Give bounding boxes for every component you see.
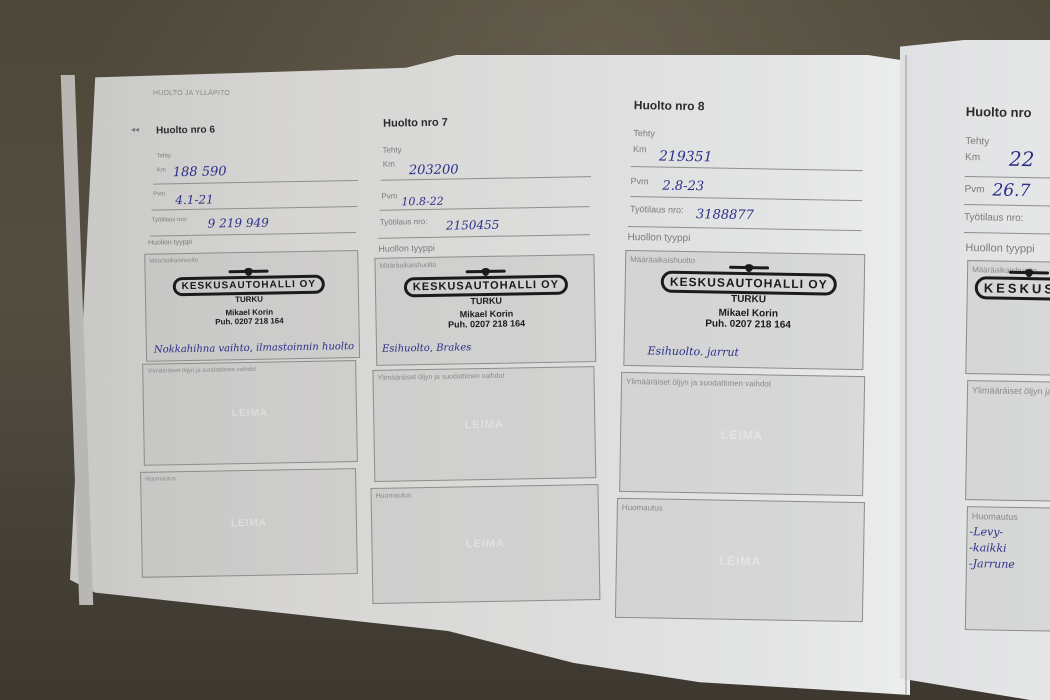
service-title: Huolto nro 7 — [383, 117, 448, 130]
work-order-label: Työtilaus nro: — [380, 217, 428, 227]
date-label: Pvm — [964, 184, 984, 195]
stamp-company: KESKUSAUTOHALLI OY — [661, 271, 837, 296]
stamp-company: KESKUSAUTOHALLI OY — [172, 275, 325, 297]
extra-oil-box: Ylimääräiset öljyn ja suodattimen vaihdo… — [142, 360, 358, 466]
stamp-placeholder: LEIMA — [617, 552, 863, 570]
remarks-box: Huomautus LEIMA — [140, 468, 358, 578]
dealer-stamp: KESKUSAUTOHALLI OY TURKU Mikael Korin Pu… — [381, 266, 592, 331]
stamp-placeholder: LEIMA — [372, 536, 598, 552]
dealer-stamp: KESKUSAUTOHALLI OY — [975, 268, 1050, 302]
date-label: Pvm — [630, 176, 648, 186]
done-label: Tehty — [156, 153, 170, 159]
done-label: Tehty — [382, 145, 401, 154]
remarks-box: Huomautus LEIMA — [370, 484, 600, 604]
done-label: Tehty — [965, 136, 989, 147]
done-label: Tehty — [633, 128, 655, 138]
work-order-label: Työtilaus nro: — [964, 212, 1024, 224]
service-title: Huolto nro — [966, 104, 1032, 120]
remark-line[interactable]: -Levy- — [969, 525, 1003, 539]
date-value[interactable]: 10.8-22 — [401, 195, 443, 209]
remarks-label: Huomautus — [376, 492, 412, 500]
date-value[interactable]: 2.8-23 — [662, 179, 704, 195]
extra-oil-box: Ylimääräiset öljyn ja suodattimen vaihdo… — [965, 380, 1050, 502]
remark-line[interactable]: -Jarrune — [969, 557, 1015, 571]
extra-oil-label: Ylimääräiset öljyn ja suodattimen vaihdo… — [972, 385, 1050, 398]
stamp-placeholder: LEIMA — [621, 426, 863, 444]
km-label: Km — [633, 144, 647, 154]
stamp-company: KESKUSAUTOHALLI OY — [975, 276, 1050, 303]
work-order-value[interactable]: 9 219 949 — [208, 216, 269, 231]
date-label: Pvm — [153, 191, 165, 197]
km-value[interactable]: 22 — [1009, 147, 1035, 171]
date-value[interactable]: 26.7 — [992, 180, 1030, 201]
work-order-label: Työtilaus nro: — [152, 217, 188, 224]
date-label: Pvm — [381, 192, 397, 201]
km-label: Km — [157, 167, 166, 173]
dealer-stamp: KESKUSAUTOHALLI OY TURKU Mikael Korin Pu… — [632, 262, 865, 332]
book-spine — [905, 55, 907, 695]
service-type-label: Huollon tyyppi — [378, 243, 435, 254]
date-value[interactable]: 4.1-21 — [175, 193, 214, 208]
dealer-stamp: KESKUSAUTOHALLI OY TURKU Mikael Korin Pu… — [149, 266, 350, 327]
extra-oil-box: Ylimääräiset öljyn ja suodattimen vaihdo… — [619, 372, 865, 496]
section-title: HUOLTO JA YLLÄPITO — [153, 90, 230, 97]
service-note[interactable]: Esihuolto. jarrut — [647, 344, 739, 359]
extra-oil-label: Ylimääräiset öljyn ja suodattimen vaihdo… — [626, 377, 771, 389]
extra-oil-label: Ylimääräiset öljyn ja suodattimen vaihdo… — [147, 367, 256, 375]
back-marker-icon: ◂◂ — [131, 125, 139, 134]
km-value[interactable]: 219351 — [659, 149, 713, 166]
service-title: Huolto nro 6 — [156, 124, 215, 136]
extra-oil-box: Ylimääräiset öljyn ja suodattimen vaihdo… — [372, 366, 596, 482]
stamp-wing-logo-icon — [466, 268, 506, 277]
km-label: Km — [383, 160, 395, 169]
service-type-label: Huollon tyyppi — [965, 242, 1034, 255]
stamp-wing-logo-icon — [729, 264, 769, 273]
remarks-box: Huomautus -Levy- -kaikki -Jarrune — [965, 506, 1050, 632]
stamp-wing-logo-icon — [228, 268, 268, 277]
km-value[interactable]: 203200 — [409, 162, 459, 178]
remarks-label: Huomautus — [622, 503, 663, 513]
remarks-label: Huomautus — [972, 511, 1018, 522]
remark-line[interactable]: -kaikki — [969, 541, 1007, 555]
stamp-wing-logo-icon — [1009, 269, 1049, 278]
stamp-company: KESKUSAUTOHALLI OY — [404, 275, 568, 298]
km-label: Km — [965, 152, 980, 163]
service-type-label: Huollon tyyppi — [627, 232, 690, 244]
stamp-placeholder: LEIMA — [144, 406, 356, 421]
service-type-label: Huollon tyyppi — [148, 239, 192, 247]
service-title: Huolto nro 8 — [634, 98, 705, 113]
remarks-box: Huomautus LEIMA — [615, 498, 865, 622]
scheduled-service-label: Määräaikaishuolto — [149, 258, 198, 265]
work-order-label: Työtilaus nro: — [630, 204, 684, 215]
work-order-value[interactable]: 3188877 — [696, 207, 754, 223]
extra-oil-label: Ylimääräiset öljyn ja suodattimen vaihdo… — [377, 373, 504, 382]
stamp-placeholder: LEIMA — [142, 516, 356, 531]
km-value[interactable]: 188 590 — [173, 164, 227, 180]
service-note[interactable]: Esihuolto, Brakes — [382, 342, 472, 355]
work-order-value[interactable]: 2150455 — [446, 218, 500, 233]
stamp-placeholder: LEIMA — [374, 417, 594, 433]
remarks-label: Huomautus — [145, 476, 176, 483]
